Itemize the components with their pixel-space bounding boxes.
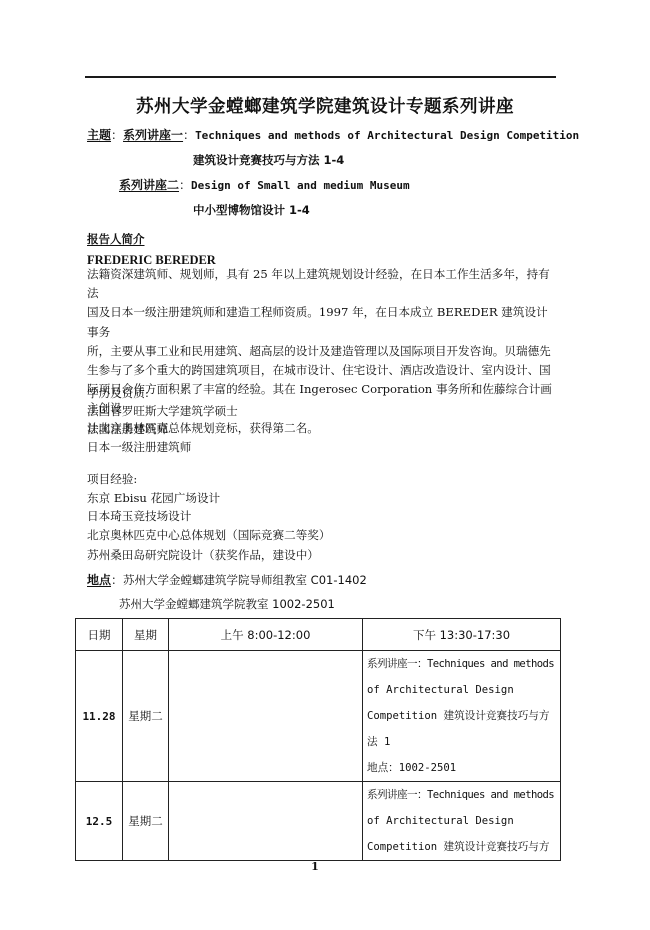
afternoon-line: 法 1: [367, 729, 560, 755]
series-2-label: 系列讲座二: [119, 178, 179, 192]
education-item: 日本一级注册建筑师: [87, 438, 238, 456]
topic-series-1: 主题：系列讲座一：Techniques and methods of Archi…: [87, 128, 579, 143]
afternoon-line: of Architectural Design: [367, 677, 560, 703]
row-morning: [169, 651, 363, 782]
series-2-title-cn: 中小型博物馆设计 1-4: [193, 203, 310, 217]
speaker-section-heading: 报告人简介: [87, 232, 145, 246]
schedule-header-row: 日期 星期 上午 8:00-12:00 下午 13:30-17:30: [76, 619, 561, 651]
location-line-1: 地点：苏州大学金螳螂建筑学院导师组教室 C01-1402: [87, 573, 367, 587]
bio-line: 所，主要从事工业和民用建筑、超高层的设计及建造管理以及国际项目开发咨询。贝瑞德先: [87, 342, 557, 361]
series-1-title-en: Techniques and methods of Architectural …: [195, 129, 579, 142]
education-list: 学历及资质: 法国普罗旺斯大学建筑学硕士 法国注册建筑师 日本一级注册建筑师: [87, 384, 238, 456]
page-number: 1: [0, 860, 630, 873]
series-1-title-cn: 建筑设计竞赛技巧与方法 1-4: [193, 153, 344, 167]
afternoon-line: of Architectural Design: [367, 808, 560, 834]
document-title: 苏州大学金螳螂建筑学院建筑设计专题系列讲座: [0, 93, 650, 118]
schedule-table: 日期 星期 上午 8:00-12:00 下午 13:30-17:30 11.28…: [75, 618, 561, 861]
row-morning: [169, 782, 363, 861]
location-label: 地点: [87, 573, 111, 587]
education-heading: 学历及资质:: [87, 384, 238, 402]
afternoon-line: Competition 建筑设计竞赛技巧与方: [367, 703, 560, 729]
afternoon-line: 地点：1002-2501: [367, 755, 560, 781]
afternoon-line: 系列讲座一：Techniques and methods: [367, 782, 560, 808]
topic-series-2: 系列讲座二：Design of Small and medium Museum: [119, 178, 410, 193]
table-row: 11.28 星期二 系列讲座一：Techniques and methods o…: [76, 651, 561, 782]
header-afternoon: 下午 13:30-17:30: [363, 619, 561, 651]
location-1: 苏州大学金螳螂建筑学院导师组教室 C01-1402: [123, 573, 367, 587]
row-afternoon: 系列讲座一：Techniques and methods of Architec…: [363, 782, 561, 861]
header-morning: 上午 8:00-12:00: [169, 619, 363, 651]
project-item: 东京 Ebisu 花园广场设计: [87, 489, 330, 508]
project-item: 北京奥林匹克中心总体规划（国际竞赛二等奖）: [87, 526, 330, 545]
project-item: 日本琦玉竞技场设计: [87, 507, 330, 526]
row-weekday: 星期二: [123, 782, 169, 861]
education-item: 法国注册建筑师: [87, 420, 238, 438]
series-1-label: 系列讲座一: [123, 128, 183, 142]
row-afternoon: 系列讲座一：Techniques and methods of Architec…: [363, 651, 561, 782]
afternoon-line: 系列讲座一：Techniques and methods: [367, 651, 560, 677]
bio-line: 国及日本一级注册建筑师和建造工程师资质。1997 年，在日本成立 BEREDER…: [87, 303, 557, 341]
top-rule: [85, 76, 556, 78]
header-weekday: 星期: [123, 619, 169, 651]
row-date: 12.5: [76, 782, 123, 861]
bio-line: 法籍资深建筑师、规划师，具有 25 年以上建筑规划设计经验，在日本工作生活多年，…: [87, 265, 557, 303]
projects-list: 项目经验: 东京 Ebisu 花园广场设计 日本琦玉竞技场设计 北京奥林匹克中心…: [87, 470, 330, 565]
series-2-title-en: Design of Small and medium Museum: [191, 179, 410, 192]
bio-line: 生参与了多个重大的跨国建筑项目，在城市设计、住宅设计、酒店改造设计、室内设计、国: [87, 361, 557, 380]
project-item: 苏州桑田岛研究院设计（获奖作品，建设中）: [87, 546, 330, 565]
table-row: 12.5 星期二 系列讲座一：Techniques and methods of…: [76, 782, 561, 861]
row-weekday: 星期二: [123, 651, 169, 782]
location-2: 苏州大学金螳螂建筑学院教室 1002-2501: [119, 597, 335, 611]
topic-label: 主题: [87, 128, 111, 142]
education-item: 法国普罗旺斯大学建筑学硕士: [87, 402, 238, 420]
row-date: 11.28: [76, 651, 123, 782]
afternoon-line: Competition 建筑设计竞赛技巧与方: [367, 834, 560, 860]
projects-heading: 项目经验:: [87, 470, 330, 489]
header-date: 日期: [76, 619, 123, 651]
